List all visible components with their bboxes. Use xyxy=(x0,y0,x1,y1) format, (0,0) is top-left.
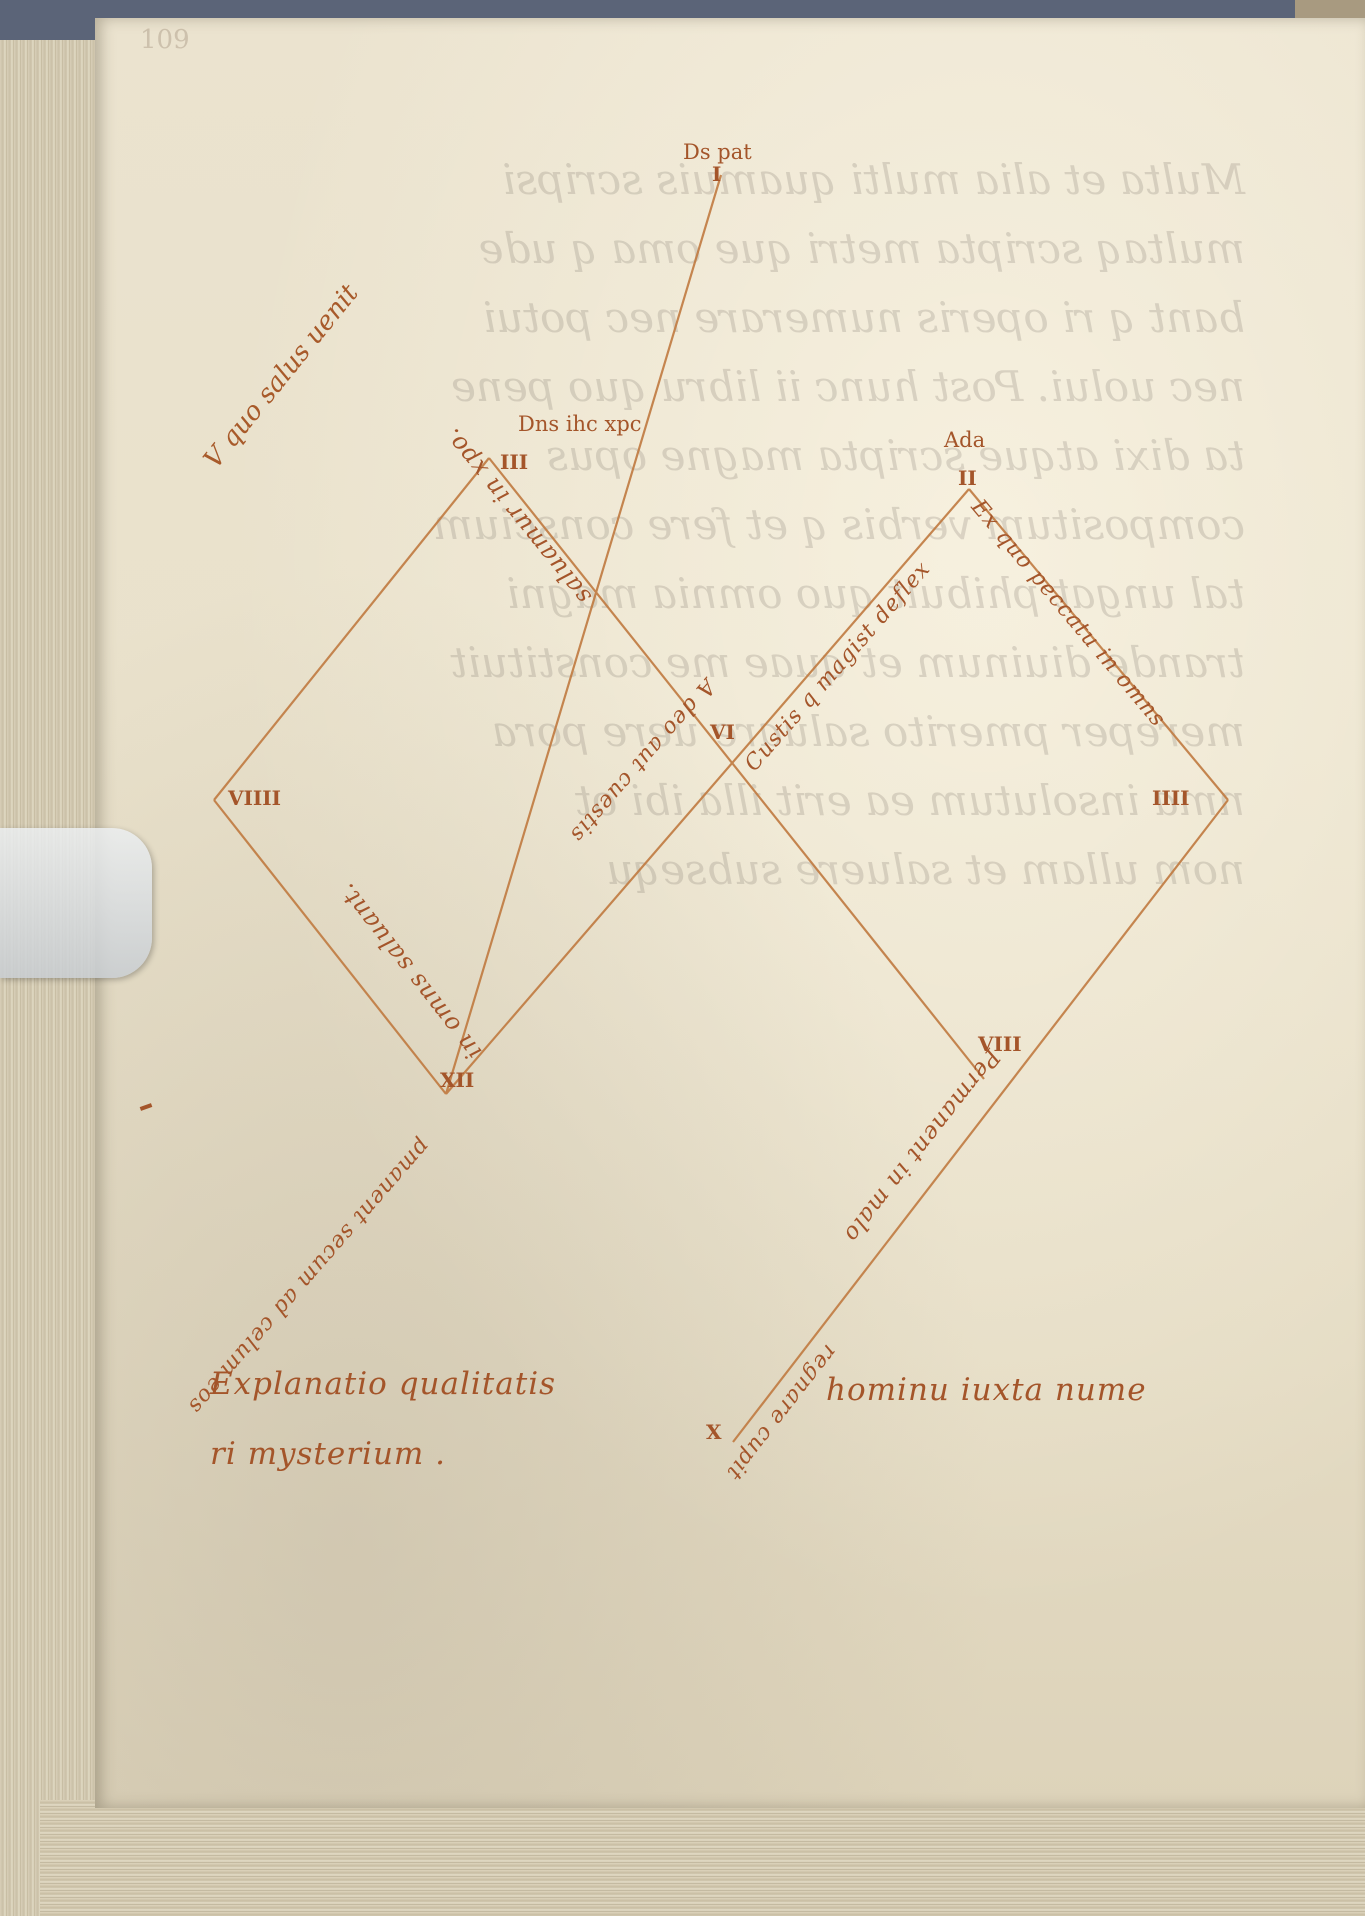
node-x-numeral: X xyxy=(706,1420,722,1444)
diagram-lines: V quo salus uenit xyxy=(0,0,1365,1916)
node-viiii-numeral: VIIII xyxy=(228,786,281,810)
node-vi-numeral: VI xyxy=(710,720,735,744)
page-clip xyxy=(0,828,152,978)
caption-right-line1: hominu iuxta nume xyxy=(826,1372,1147,1408)
line-viiii-xii xyxy=(214,800,446,1094)
node-iii-numeral: III xyxy=(500,450,528,474)
node-ii-heading: Ada xyxy=(944,428,985,452)
caption-left-line1: Explanatio qualitatis xyxy=(210,1366,556,1402)
node-ii-numeral: II xyxy=(958,466,977,490)
caption-left-line2: ri mysterium . xyxy=(210,1436,446,1472)
node-iiii-numeral: IIII xyxy=(1152,786,1189,810)
line-xii-ii xyxy=(446,489,969,1094)
node-i-heading: Ds pat xyxy=(683,140,752,164)
line-iii-viiii xyxy=(214,458,489,800)
node-iii-heading: Dns ihc xpc xyxy=(518,412,642,436)
node-xii-numeral: XII xyxy=(440,1068,474,1092)
edge-text-quo-salus: V quo salus uenit xyxy=(198,278,365,474)
line-i-xii xyxy=(446,175,721,1094)
line-iiii-x xyxy=(733,800,1228,1442)
node-i-numeral: I xyxy=(712,162,721,186)
